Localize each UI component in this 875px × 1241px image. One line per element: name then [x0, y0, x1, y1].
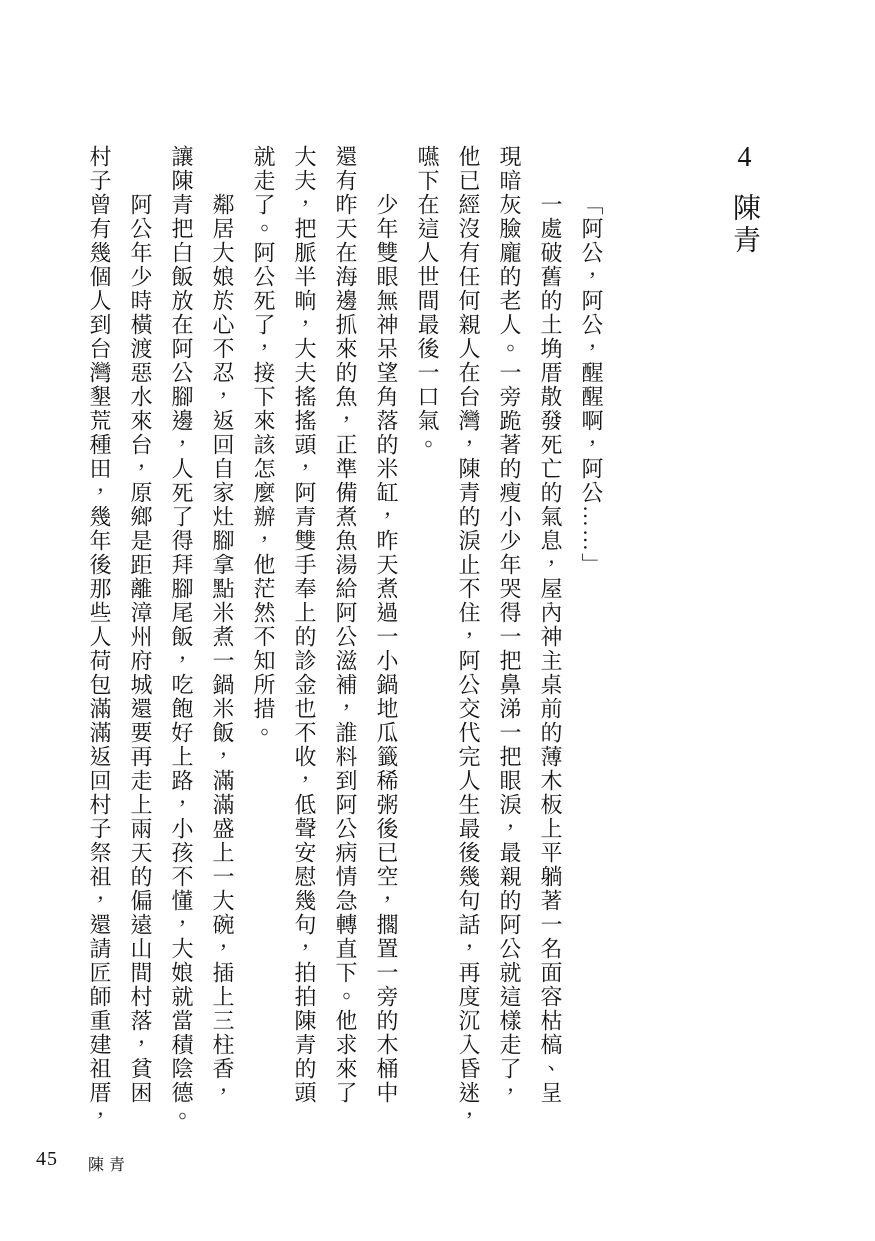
text-column: 少年雙眼無神呆望角落的米缸，昨天煮過一小鍋地瓜籤稀粥後已空，擱置一旁的木桶中	[366, 145, 407, 1115]
text-column: 一處破舊的土埆厝散發死亡的氣息，屋內神主桌前的薄木板上平躺著一名面容枯槁、呈	[530, 145, 571, 1115]
text-column: 村子曾有幾個人到台灣墾荒種田，幾年後那些人荷包滿滿返回村子祭祖，還請匠師重建祖厝…	[79, 145, 120, 1115]
text-column: 現暗灰臉龐的老人。一旁跪著的瘦小少年哭得一把鼻涕一把眼淚，最親的阿公就這樣走了，	[489, 145, 530, 1115]
chapter-title: 陳青	[729, 193, 760, 257]
chapter-number: 4	[729, 142, 760, 177]
text-column: 讓陳青把白飯放在阿公腳邊，人死了得拜腳尾飯，吃飽好上路，小孩不懂，大娘就當積陰德…	[161, 145, 202, 1115]
text-column: 阿公年少時橫渡惡水來台，原鄉是距離漳州府城還要再走上兩天的偏遠山間村落，貧困	[120, 145, 161, 1115]
text-column: 嚥下在這人世間最後一口氣。	[407, 145, 448, 1115]
text-column: 鄰居大娘於心不忍，返回自家灶腳拿點米煮一鍋米飯，滿滿盛上一大碗，插上三柱香，	[202, 145, 243, 1115]
footer-page-number: 45	[36, 1148, 58, 1171]
footer-running-title: 陳青	[88, 1152, 130, 1175]
text-column: 就走了。阿公死了，接下來該怎麼辦，他茫然不知所措。	[243, 145, 284, 1115]
text-column: 他已經沒有任何親人在台灣，陳青的淚止不住，阿公交代完人生最後幾句話，再度沉入昏迷…	[448, 145, 489, 1115]
chapter-heading: 4陳青	[724, 142, 764, 257]
text-column: 還有昨天在海邊抓來的魚，正準備煮魚湯給阿公滋補，誰料到阿公病情急轉直下。他求來了	[325, 145, 366, 1115]
text-column: 「阿公，阿公，醒醒啊，阿公……」	[571, 145, 612, 1115]
text-column: 大夫，把脈半晌，大夫搖搖頭，阿青雙手奉上的診金也不收，低聲安慰幾句，拍拍陳青的頭	[284, 145, 325, 1115]
body-text: 「阿公，阿公，醒醒啊，阿公……」 一處破舊的土埆厝散發死亡的氣息，屋內神主桌前的…	[79, 145, 612, 1115]
book-page: 4陳青 「阿公，阿公，醒醒啊，阿公……」 一處破舊的土埆厝散發死亡的氣息，屋內神…	[0, 0, 875, 1241]
